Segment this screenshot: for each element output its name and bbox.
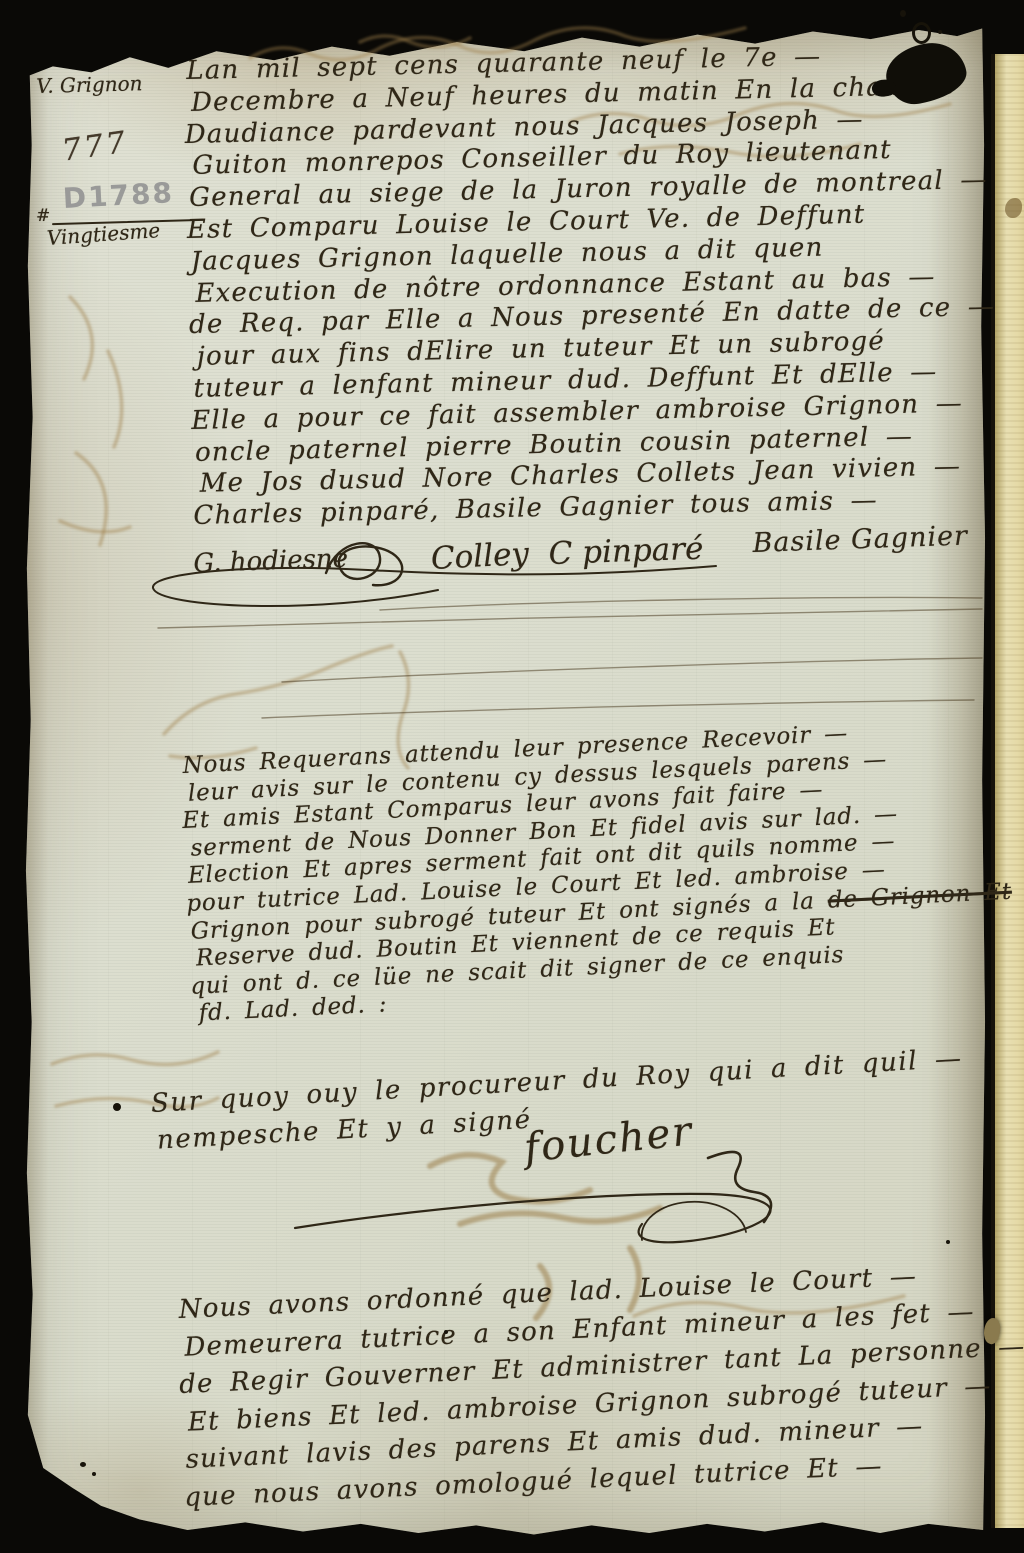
scan-background: V. Grignon 777 D1788 # Vingtiesme Lan mi… xyxy=(0,0,1024,1553)
foucher-flourish xyxy=(290,1140,800,1270)
ink-speck xyxy=(900,10,906,17)
ink-speck xyxy=(113,1103,121,1111)
ink-speck xyxy=(946,1240,950,1244)
ink-speck xyxy=(444,1330,448,1334)
ordonnance-paragraph: Nous avons ordonné que lad. Louise le Co… xyxy=(178,1254,1024,1517)
ink-speck xyxy=(92,1472,96,1476)
opening-paragraph: Lan mil sept cens quarante neuf le 7e — … xyxy=(186,38,1000,533)
ink-speck xyxy=(938,30,942,34)
signature-underline-flourish xyxy=(138,560,728,615)
ink-speck xyxy=(80,1462,86,1467)
archival-pencil-reference: D1788 xyxy=(62,176,175,215)
margin-hash-mark: # xyxy=(36,206,50,226)
bleedthrough-ghost xyxy=(42,285,172,565)
deliberation-paragraph: Nous Requerans attendu leur presence Rec… xyxy=(182,713,1017,1029)
ink-ring-mark xyxy=(912,22,931,44)
margin-name-note: V. Grignon xyxy=(36,71,143,98)
